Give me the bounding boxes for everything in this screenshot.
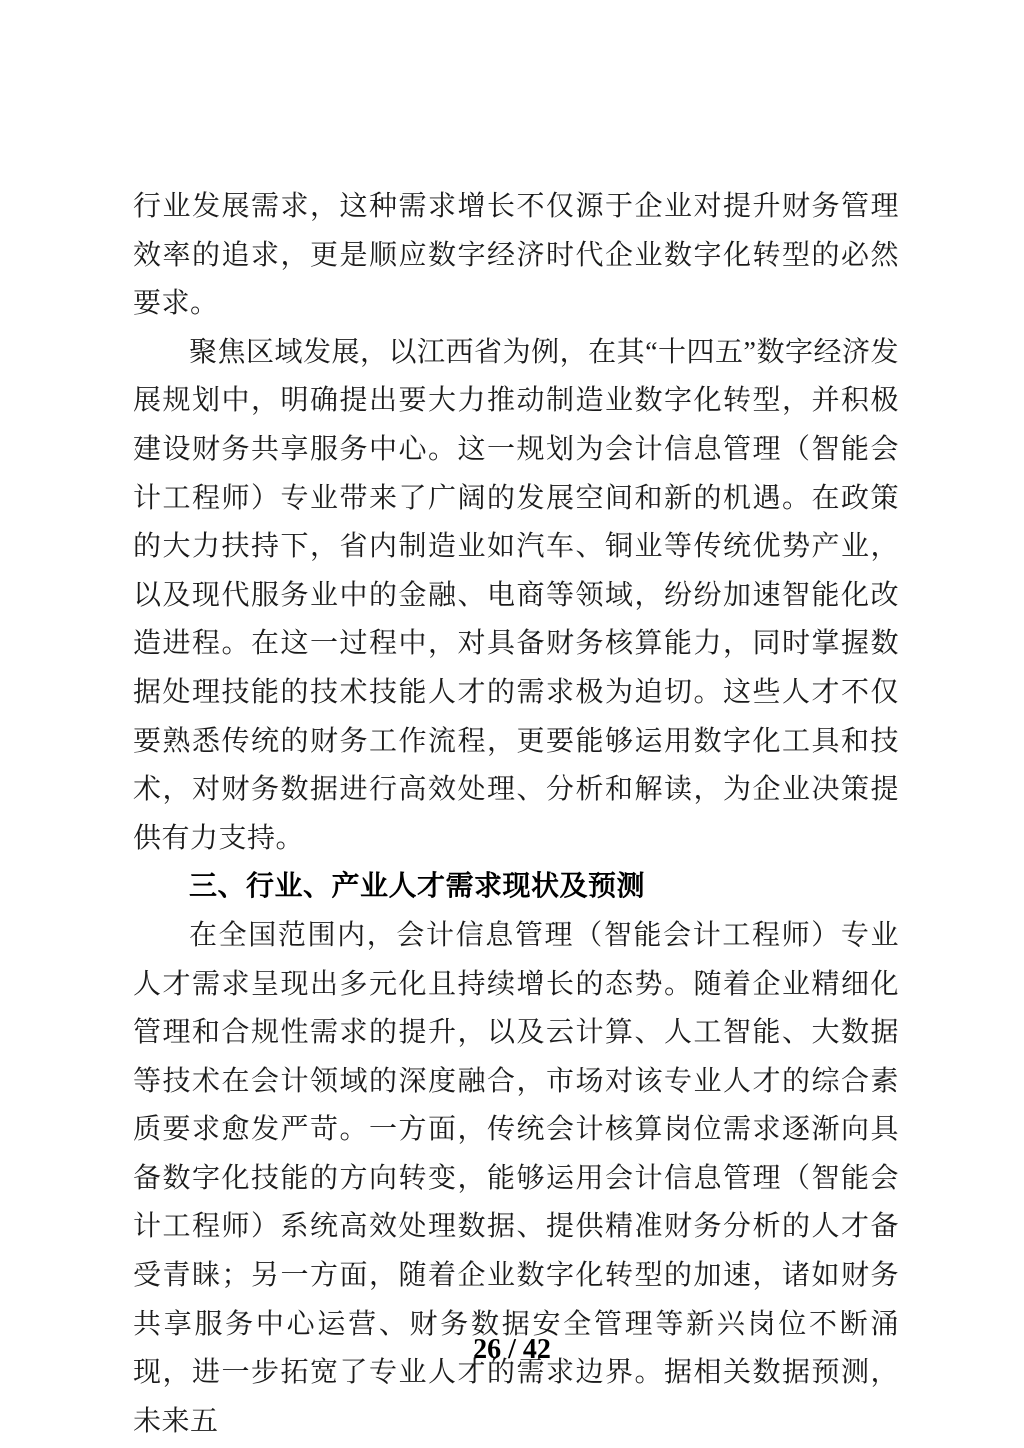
- paragraph-continuation: 行业发展需求，这种需求增长不仅源于企业对提升财务管理效率的追求，更是顺应数字经济…: [133, 183, 899, 329]
- section-heading-talent-demand: 三、行业、产业人才需求现状及预测: [133, 863, 899, 912]
- page-number: 26 / 42: [0, 1334, 1024, 1366]
- document-page: 行业发展需求，这种需求增长不仅源于企业对提升财务管理效率的追求，更是顺应数字经济…: [0, 0, 1024, 1448]
- paragraph-regional-development: 聚焦区域发展，以江西省为例，在其“十四五”数字经济发展规划中，明确提出要大力推动…: [133, 329, 899, 864]
- paragraph-national-demand: 在全国范围内，会计信息管理（智能会计工程师）专业人才需求呈现出多元化且持续增长的…: [133, 912, 899, 1447]
- document-body: 行业发展需求，这种需求增长不仅源于企业对提升财务管理效率的追求，更是顺应数字经济…: [133, 183, 899, 1446]
